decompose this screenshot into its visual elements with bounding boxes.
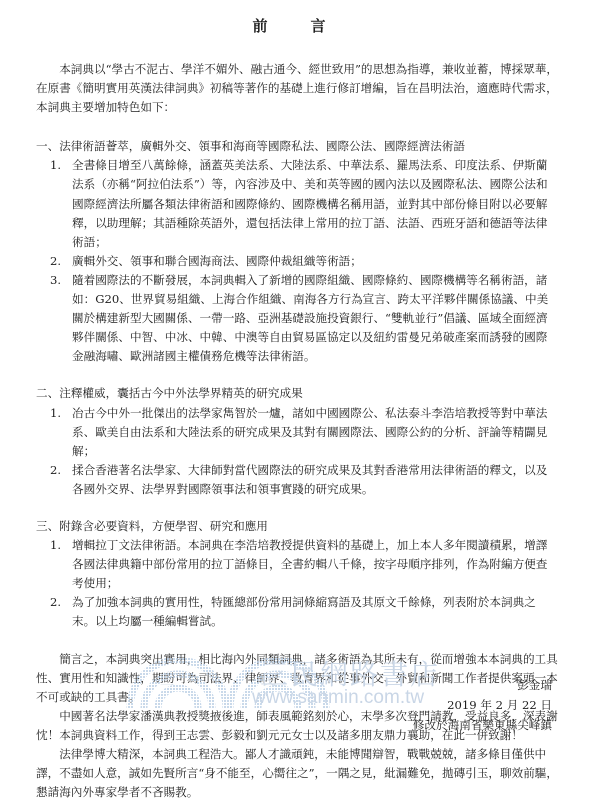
list-item: 2.廣輯外交、領事和聯合國海商法、國際仲裁組織等術語； (50, 252, 558, 271)
list-item: 1.冶古今中外一批傑出的法學家雋智於一爐，諸如中國國際公、私法泰斗李浩培教授等對… (50, 404, 558, 461)
signature-author: 彭金瑞 (517, 676, 552, 695)
section-heading: 二、注釋權威，囊括古今中外法學界精英的研究成果 (36, 384, 558, 403)
section-heading: 一、法律術語薈萃，廣輯外交、領事和海商等國際私法、國際公法、國際經濟法術語 (36, 137, 558, 156)
list-item: 1.全書條目增至八萬餘條，涵蓋英美法系、大陸法系、中華法系、羅馬法系、印度法系、… (50, 156, 558, 251)
signature-place: 修改於海南省樂東縣尖峰鎮 (413, 716, 552, 735)
section-2: 二、注釋權威，囊括古今中外法學界精英的研究成果 1.冶古今中外一批傑出的法學家雋… (36, 384, 558, 499)
list-item: 2.揉合香港著名法學家、大律師對當代國際法的研究成果及其對香港常用法律術語的釋文… (50, 461, 558, 499)
watermark-char-left: 三 (160, 670, 174, 690)
list-item: 1.增輯拉丁文法律術語。本詞典在李浩培教授提供資料的基礎上，加上本人多年閱讀積累… (50, 536, 558, 593)
intro-paragraph: 本詞典以“學古不泥古、學洋不媚外、融古通今、經世致用”的思想為指導，兼收並蓄，博… (36, 60, 558, 117)
signature-date: 2019 年 2 月 22 日 (447, 696, 552, 715)
list-item: 2.為了加強本詞典的實用性，特匯總部份常用詞條縮寫語及其原文千餘條，列表附於本詞… (50, 593, 558, 631)
section-1: 一、法律術語薈萃，廣輯外交、領事和海商等國際私法、國際公法、國際經濟法術語 1.… (36, 137, 558, 366)
section-3: 三、附錄含必要資料，方便學習、研究和應用 1.增輯拉丁文法律術語。本詞典在李浩培… (36, 517, 558, 632)
list-item: 3.隨着國際法的不斷發展，本詞典輯入了新增的國際組織、國際條約、國際機構等名稱術… (50, 271, 558, 366)
page-title: 前 言 (0, 15, 592, 36)
section-heading: 三、附錄含必要資料，方便學習、研究和應用 (36, 517, 558, 536)
watermark-url: www.sanmin.com.tw (252, 687, 424, 709)
final-paragraph: 法律學博大精深，本詞典工程浩大。鄙人才識頑鈍，未能博聞辯智，戰戰兢兢，諸多條目僅… (36, 745, 558, 800)
